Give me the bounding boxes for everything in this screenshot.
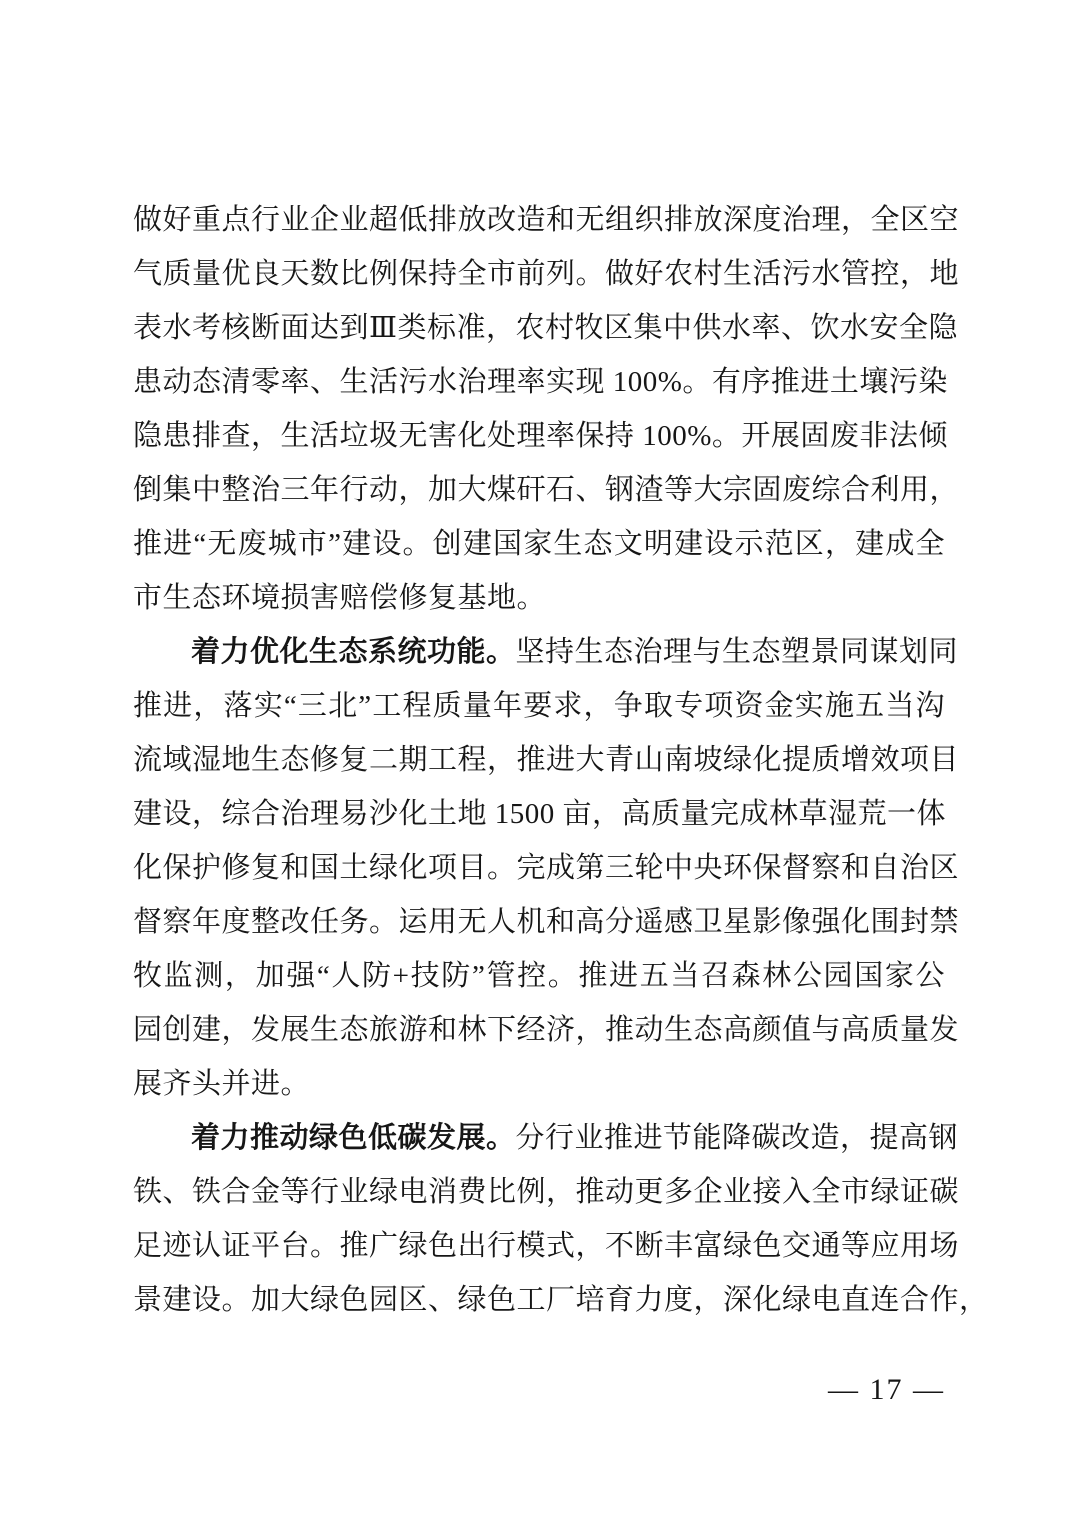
text-run: 气质量优良天数比例保持全市前列。做好农村生活污水管控，地: [133, 258, 959, 290]
text-line: 市生态环境损害赔偿修复基地。: [133, 571, 945, 625]
paragraph-2: 着力优化生态系统功能。坚持生态治理与生态塑景同谋划同 推进，落实“三北”工程质量…: [133, 625, 945, 1111]
text-line: 建设，综合治理易沙化土地 1500 亩，高质量完成林草湿荒一体: [133, 787, 945, 841]
text-line: 督察年度整改任务。运用无人机和高分遥感卫星影像强化围封禁: [133, 895, 945, 949]
text-run: 推进，落实“三北”工程质量年要求，争取专项资金实施五当沟: [133, 690, 945, 722]
text-line: 推进“无废城市”建设。创建国家生态文明建设示范区，建成全: [133, 517, 945, 571]
text-run: 倒集中整治三年行动，加大煤矸石、钢渣等大宗固废综合利用，: [133, 474, 959, 506]
text-run: 做好重点行业企业超低排放改造和无组织排放深度治理，全区空: [133, 204, 959, 236]
text-line: 化保护修复和国土绿化项目。完成第三轮中央环保督察和自治区: [133, 841, 945, 895]
text-line: 着力推动绿色低碳发展。分行业推进节能降碳改造，提高钢: [133, 1111, 945, 1165]
text-line: 牧监测，加强“人防+技防”管控。推进五当召森林公园国家公: [133, 949, 945, 1003]
text-line: 流域湿地生态修复二期工程，推进大青山南坡绿化提质增效项目: [133, 733, 945, 787]
text-run: 市生态环境损害赔偿修复基地。: [133, 582, 546, 614]
text-line: 足迹认证平台。推广绿色出行模式，不断丰富绿色交通等应用场: [133, 1219, 945, 1273]
text-run: 足迹认证平台。推广绿色出行模式，不断丰富绿色交通等应用场: [133, 1230, 959, 1262]
text-run: 表水考核断面达到Ⅲ类标准，农村牧区集中供水率、饮水安全隐: [133, 312, 958, 344]
text-run: 化保护修复和国土绿化项目。完成第三轮中央环保督察和自治区: [133, 852, 959, 884]
text-line: 展齐头并进。: [133, 1057, 945, 1111]
text-run: 隐患排查，生活垃圾无害化处理率保持 100%。开展固废非法倾: [133, 420, 948, 452]
text-line: 着力优化生态系统功能。坚持生态治理与生态塑景同谋划同: [133, 625, 945, 679]
text-run: 景建设。加大绿色园区、绿色工厂培育力度，深化绿电直连合作，: [133, 1284, 989, 1316]
text-run: 流域湿地生态修复二期工程，推进大青山南坡绿化提质增效项目: [133, 744, 959, 776]
paragraph-1: 做好重点行业企业超低排放改造和无组织排放深度治理，全区空 气质量优良天数比例保持…: [133, 193, 945, 625]
text-line: 倒集中整治三年行动，加大煤矸石、钢渣等大宗固废综合利用，: [133, 463, 945, 517]
text-run: 患动态清零率、生活污水治理率实现 100%。有序推进土壤污染: [133, 366, 948, 398]
text-run: 推进“无废城市”建设。创建国家生态文明建设示范区，建成全: [133, 528, 945, 560]
text-run: 园创建，发展生态旅游和林下经济，推动生态高颜值与高质量发: [133, 1014, 959, 1046]
text-run: 督察年度整改任务。运用无人机和高分遥感卫星影像强化围封禁: [133, 906, 959, 938]
text-run: 分行业推进节能降碳改造，提高钢: [516, 1122, 959, 1154]
text-line: 推进，落实“三北”工程质量年要求，争取专项资金实施五当沟: [133, 679, 945, 733]
document-body: 做好重点行业企业超低排放改造和无组织排放深度治理，全区空 气质量优良天数比例保持…: [133, 193, 945, 1327]
paragraph-3: 着力推动绿色低碳发展。分行业推进节能降碳改造，提高钢 铁、铁合金等行业绿电消费比…: [133, 1111, 945, 1327]
text-run: 牧监测，加强“人防+技防”管控。推进五当召森林公园国家公: [133, 960, 945, 992]
text-line: 做好重点行业企业超低排放改造和无组织排放深度治理，全区空: [133, 193, 945, 247]
text-run: 建设，综合治理易沙化土地 1500 亩，高质量完成林草湿荒一体: [133, 798, 946, 830]
text-line: 铁、铁合金等行业绿电消费比例，推动更多企业接入全市绿证碳: [133, 1165, 945, 1219]
text-run: 铁、铁合金等行业绿电消费比例，推动更多企业接入全市绿证碳: [133, 1176, 959, 1208]
text-line: 隐患排查，生活垃圾无害化处理率保持 100%。开展固废非法倾: [133, 409, 945, 463]
page-number: — 17 —: [828, 1372, 945, 1408]
text-line: 表水考核断面达到Ⅲ类标准，农村牧区集中供水率、饮水安全隐: [133, 301, 945, 355]
text-line: 患动态清零率、生活污水治理率实现 100%。有序推进土壤污染: [133, 355, 945, 409]
document-page: 做好重点行业企业超低排放改造和无组织排放深度治理，全区空 气质量优良天数比例保持…: [0, 0, 1074, 1520]
paragraph-heading: 着力推动绿色低碳发展。: [191, 1122, 516, 1154]
paragraph-heading: 着力优化生态系统功能。: [191, 636, 516, 668]
text-line: 园创建，发展生态旅游和林下经济，推动生态高颜值与高质量发: [133, 1003, 945, 1057]
text-line: 气质量优良天数比例保持全市前列。做好农村生活污水管控，地: [133, 247, 945, 301]
text-run: 坚持生态治理与生态塑景同谋划同: [516, 636, 959, 668]
text-run: 展齐头并进。: [133, 1068, 310, 1100]
text-line: 景建设。加大绿色园区、绿色工厂培育力度，深化绿电直连合作，: [133, 1273, 945, 1327]
